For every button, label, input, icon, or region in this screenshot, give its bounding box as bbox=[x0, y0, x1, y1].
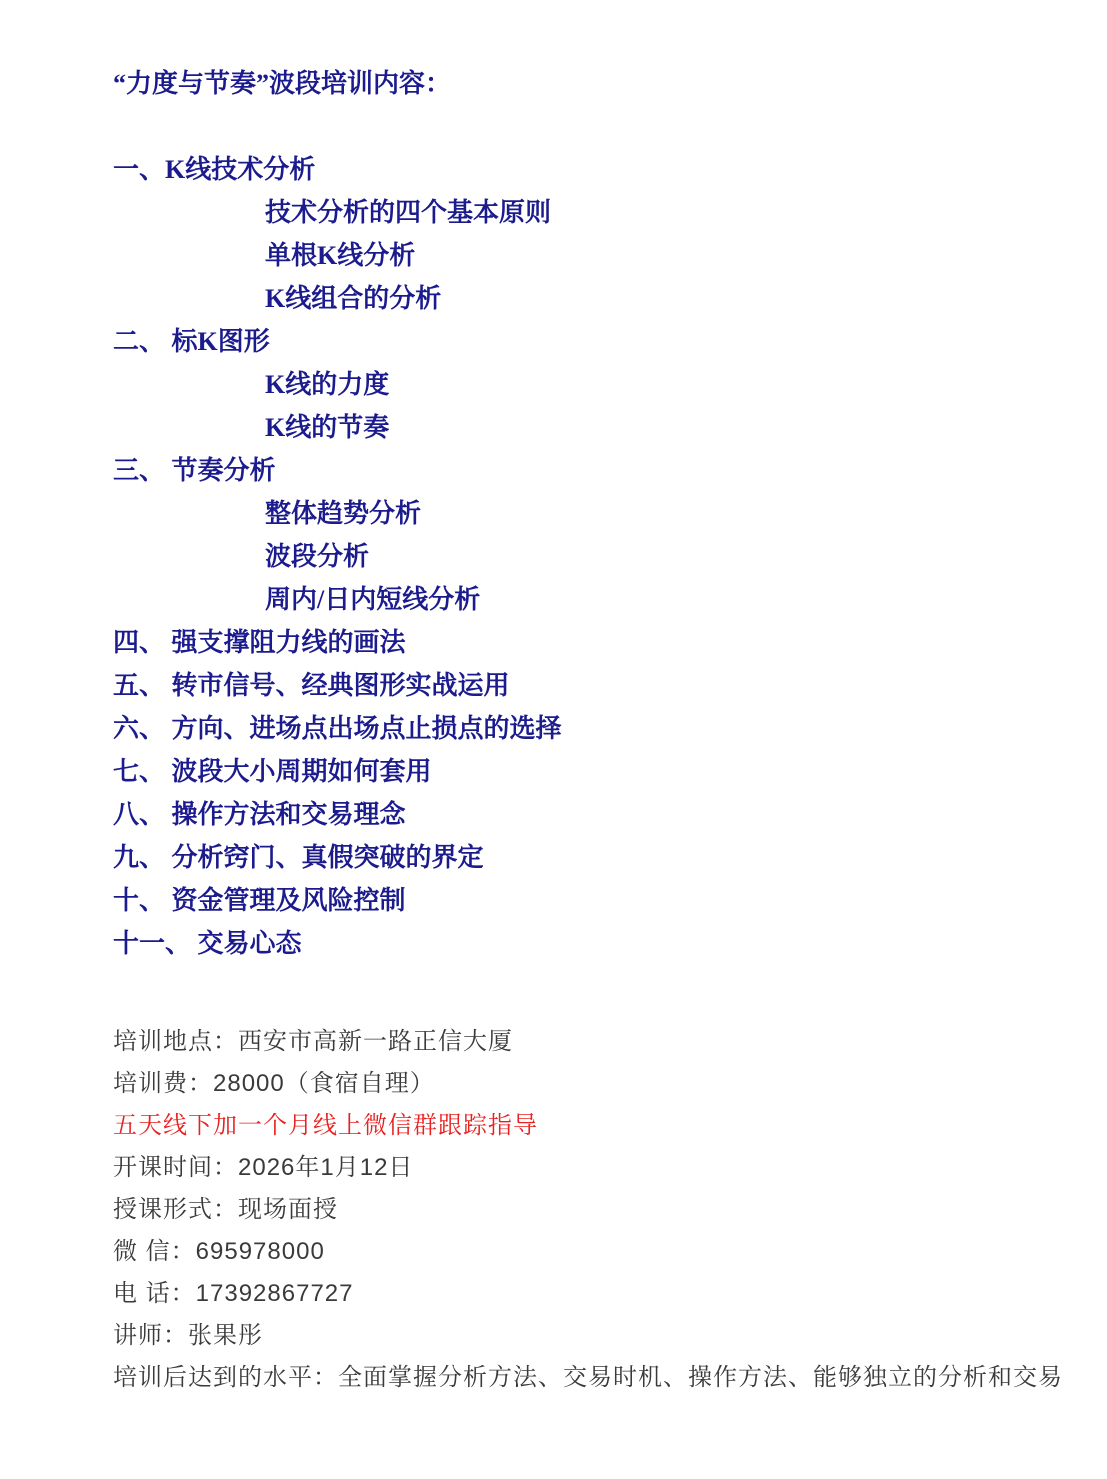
outline-item: 四、 强支撑阻力线的画法 bbox=[113, 621, 1067, 664]
outline-subitem: K线的节奏 bbox=[113, 406, 1067, 449]
outline-item-label: 二、 标K图形 bbox=[113, 320, 1067, 363]
outline-subitem: 波段分析 bbox=[113, 535, 1067, 578]
detail-line: 培训地点：西安市高新一路正信大厦 bbox=[113, 1021, 1067, 1063]
outline-item-label: 九、 分析窍门、真假突破的界定 bbox=[113, 836, 1067, 879]
outline-subitem: 整体趋势分析 bbox=[113, 492, 1067, 535]
outline-subitem: K线的力度 bbox=[113, 363, 1067, 406]
outline-subitem: 单根K线分析 bbox=[113, 234, 1067, 277]
outline-item-label: 五、 转市信号、经典图形实战运用 bbox=[113, 664, 1067, 707]
detail-line: 讲师：张果彤 bbox=[113, 1315, 1067, 1357]
outline-list: 一、K线技术分析 技术分析的四个基本原则 单根K线分析 K线组合的分析 二、 标… bbox=[113, 148, 1067, 965]
detail-line: 培训费：28000（食宿自理） bbox=[113, 1063, 1067, 1105]
outline-subitem: 技术分析的四个基本原则 bbox=[113, 191, 1067, 234]
outline-item-label: 四、 强支撑阻力线的画法 bbox=[113, 621, 1067, 664]
outline-subitem-list: 技术分析的四个基本原则 单根K线分析 K线组合的分析 bbox=[113, 191, 1067, 320]
outline-item-label: 十、 资金管理及风险控制 bbox=[113, 879, 1067, 922]
detail-line: 开课时间：2026年1月12日 bbox=[113, 1147, 1067, 1189]
outline-item-label: 八、 操作方法和交易理念 bbox=[113, 793, 1067, 836]
outline-item-label: 六、 方向、进场点出场点止损点的选择 bbox=[113, 707, 1067, 750]
detail-line: 微 信：695978000 bbox=[113, 1231, 1067, 1273]
document-page: “力度与节奏”波段培训内容： 一、K线技术分析 技术分析的四个基本原则 单根K线… bbox=[0, 0, 1107, 1479]
outline-item: 十、 资金管理及风险控制 bbox=[113, 879, 1067, 922]
outline-item: 七、 波段大小周期如何套用 bbox=[113, 750, 1067, 793]
outline-item: 十一、 交易心态 bbox=[113, 922, 1067, 965]
outline-subitem: 周内/日内短线分析 bbox=[113, 578, 1067, 621]
outline-item: 三、 节奏分析 整体趋势分析 波段分析 周内/日内短线分析 bbox=[113, 449, 1067, 621]
outline-item: 八、 操作方法和交易理念 bbox=[113, 793, 1067, 836]
outline-item: 二、 标K图形 K线的力度 K线的节奏 bbox=[113, 320, 1067, 449]
details-section: 培训地点：西安市高新一路正信大厦 培训费：28000（食宿自理） 五天线下加一个… bbox=[113, 1021, 1067, 1399]
outline-subitem-list: 整体趋势分析 波段分析 周内/日内短线分析 bbox=[113, 492, 1067, 621]
outline-subitem-list: K线的力度 K线的节奏 bbox=[113, 363, 1067, 449]
outline-item-label: 一、K线技术分析 bbox=[113, 148, 1067, 191]
outline-item: 五、 转市信号、经典图形实战运用 bbox=[113, 664, 1067, 707]
outline-subitem: K线组合的分析 bbox=[113, 277, 1067, 320]
outline-item: 一、K线技术分析 技术分析的四个基本原则 单根K线分析 K线组合的分析 bbox=[113, 148, 1067, 320]
detail-line: 授课形式：现场面授 bbox=[113, 1189, 1067, 1231]
outline-item: 六、 方向、进场点出场点止损点的选择 bbox=[113, 707, 1067, 750]
outline-item-label: 七、 波段大小周期如何套用 bbox=[113, 750, 1067, 793]
outline-item-label: 十一、 交易心态 bbox=[113, 922, 1067, 965]
detail-line: 培训后达到的水平：全面掌握分析方法、交易时机、操作方法、能够独立的分析和交易 bbox=[113, 1357, 1067, 1399]
course-title: “力度与节奏”波段培训内容： bbox=[113, 64, 1067, 104]
outline-item-label: 三、 节奏分析 bbox=[113, 449, 1067, 492]
detail-line: 五天线下加一个月线上微信群跟踪指导 bbox=[113, 1105, 1067, 1147]
detail-line: 电 话：17392867727 bbox=[113, 1273, 1067, 1315]
outline-item: 九、 分析窍门、真假突破的界定 bbox=[113, 836, 1067, 879]
